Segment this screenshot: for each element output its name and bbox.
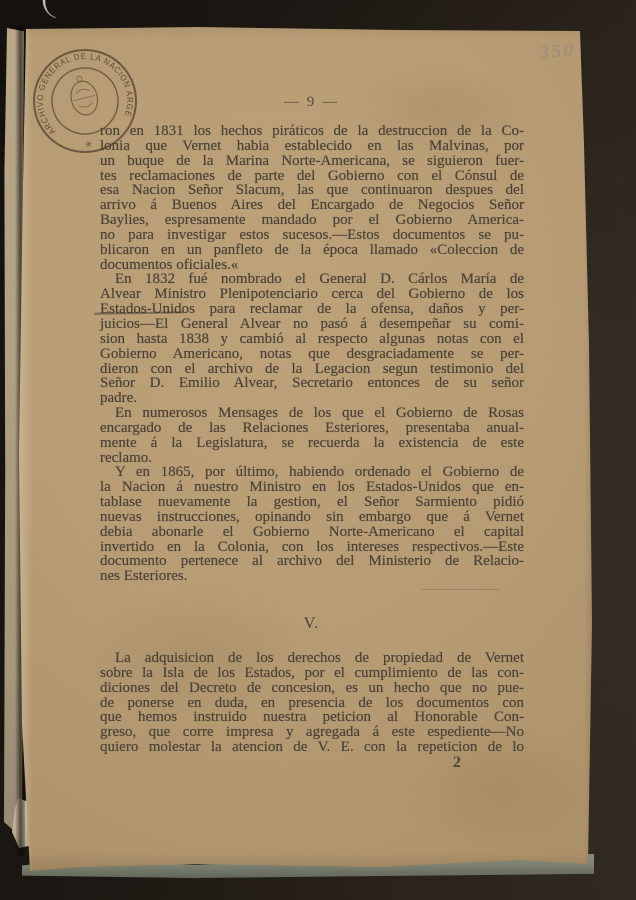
text-line: quiero molestar la atencion de V. E. con… — [100, 740, 524, 755]
text-line: Y en 1865, por último, habiendo ordenado… — [100, 465, 524, 480]
paragraph: La adquisicion de los derechos de propie… — [100, 651, 524, 755]
text-line: tes reclamaciones de parte del Gobierno … — [100, 169, 524, 184]
section-heading: V. — [100, 615, 559, 633]
text-line: lonia que Vernet habia establecido en la… — [100, 139, 524, 154]
paragraph: ron en 1831 los hechos piráticos de la d… — [100, 124, 524, 272]
text-line: La adquisicion de los derechos de propie… — [100, 651, 524, 666]
text-line: En numerosos Mensages de los que el Gobi… — [100, 406, 524, 421]
paragraph: En numerosos Mensages de los que el Gobi… — [100, 406, 524, 465]
text-line: Estados-Unidos para reclamar de la ofens… — [100, 302, 524, 317]
stamp-star-icon: ✳ — [84, 139, 94, 151]
print-artifact-dashes — [422, 589, 500, 590]
text-line: documentos oficiales.« — [100, 258, 524, 273]
text-line: arrivo á Buenos Aires del Encargado de N… — [100, 198, 524, 213]
text-line: sion hasta 1838 y cambió al respecto alg… — [100, 332, 524, 347]
text-line: que hemos instruido nuestra peticion al … — [100, 710, 524, 725]
handwritten-number: 350 — [538, 40, 576, 62]
text-block-bottom: La adquisicion de los derechos de propie… — [100, 651, 524, 755]
text-line: greso, que corre impresa y agregada á es… — [100, 725, 524, 740]
text-line: la Nacion á nuestro Ministro en los Esta… — [100, 480, 524, 495]
text-line: Alvear Ministro Plenipotenciario cerca d… — [100, 287, 524, 302]
text-line: Baylies, espresamente mandado por el Gob… — [100, 213, 524, 228]
stamp-emblem-detail — [71, 87, 97, 110]
text-line: blicaron en un panfleto de la época llam… — [100, 243, 524, 258]
text-line: diciones del Decreto de concesion, es un… — [100, 681, 524, 696]
text-block-top: ron en 1831 los hechos piráticos de la d… — [100, 124, 524, 584]
text-line: encargado de las Relaciones Esteriores, … — [100, 421, 524, 436]
text-line: padre. — [100, 391, 524, 406]
text-line: dieron con el archivo de la Legacion seg… — [100, 362, 524, 377]
text-line: sobre la Isla de los Estados, por el cum… — [100, 666, 524, 681]
text-line: un buque de la Marina Norte-Americana, s… — [100, 154, 524, 169]
text-line: nes Esteriores. — [100, 569, 524, 584]
text-line: no para investigar estos sucesos.—Estos … — [100, 228, 524, 243]
text-line: En 1832 fué nombrado el General D. Cárlo… — [100, 272, 524, 287]
text-line: mente á la Legislatura, se recuerda la e… — [100, 436, 524, 451]
text-line: tablase nuevamente la gestion, el Señor … — [100, 495, 524, 510]
text-line: documento pertenece al archivo del Minis… — [100, 554, 524, 569]
book-page: ARCHIVO GENERAL DE LA NACION ARGENTINA ✳… — [18, 24, 596, 874]
text-line: debia abonarle el Gobierno Norte-America… — [100, 525, 524, 540]
thread-mark — [36, 0, 65, 18]
text-line: nuevas instrucciones, opinando sin embar… — [100, 510, 524, 525]
text-line: juicios—El General Alvear no pasó á dese… — [100, 317, 524, 332]
page-number-header: — 9 — — [100, 94, 551, 111]
scanned-book-photo: ARCHIVO GENERAL DE LA NACION ARGENTINA ✳… — [0, 0, 636, 900]
text-line: Gobierno Americano, notas que desgraciad… — [100, 347, 524, 362]
paragraph: Y en 1865, por último, habiendo ordenado… — [100, 465, 524, 584]
text-line: esa Nacion Señor Slacum, las que continu… — [100, 183, 524, 198]
text-line: reclamo. — [100, 451, 524, 466]
text-line: Señor D. Emilio Alvear, Secretario enton… — [100, 376, 524, 391]
text-line: invertido en la Colonia, con los interes… — [100, 540, 524, 555]
signature-mark: 2 — [442, 754, 472, 772]
paragraph: En 1832 fué nombrado el General D. Cárlo… — [100, 272, 524, 406]
text-line: ron en 1831 los hechos piráticos de la d… — [100, 124, 524, 139]
text-line: de ponerse en duda, en presencia de los … — [100, 696, 524, 711]
